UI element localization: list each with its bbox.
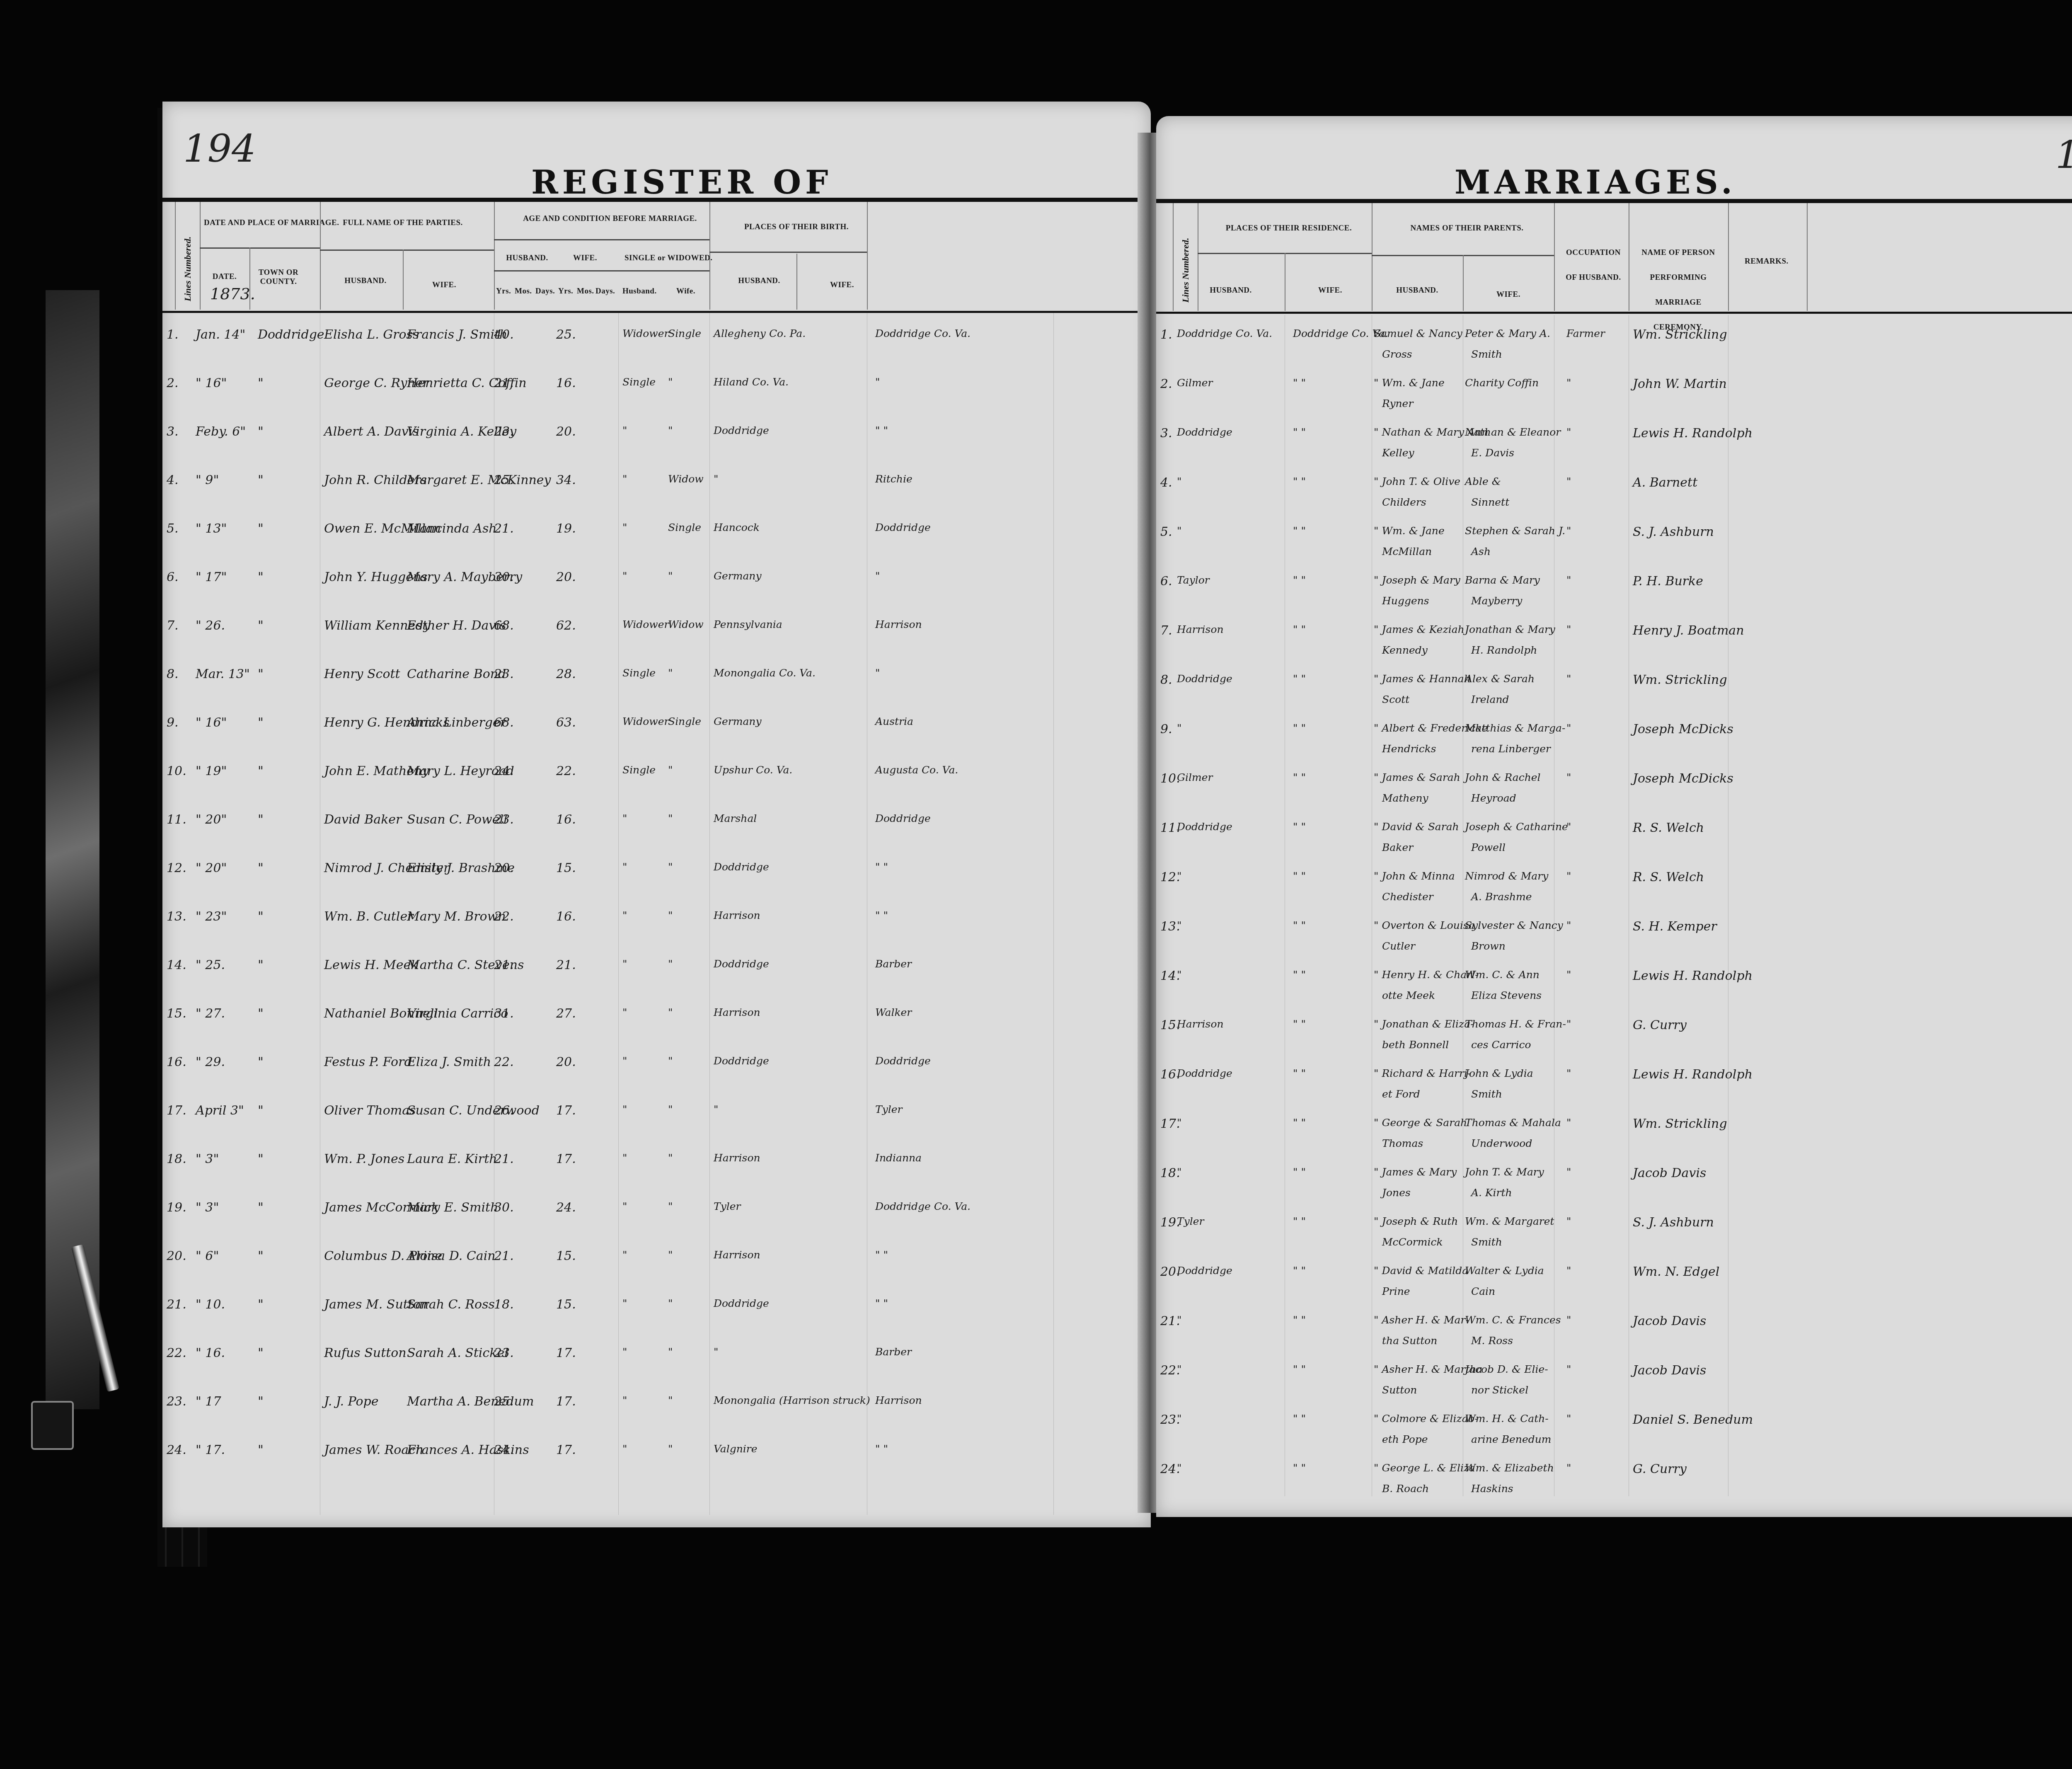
husband-parents-line2: Chedister (1382, 891, 1433, 903)
wife-age: 21. (556, 958, 576, 972)
header-town-county: TOWN OR COUNTY. (252, 268, 305, 286)
wife-age: 15. (556, 1249, 576, 1263)
husband-condition: " (622, 424, 627, 436)
page-title-right: MARRIAGES. (1455, 164, 1736, 201)
table-row: 5."" "" Wm. & JaneMcMillanStephen & Sara… (1156, 525, 2072, 570)
husband-name: Oliver Thomas (324, 1103, 416, 1118)
husband-parents-line1: " Joseph & Ruth (1374, 1215, 1458, 1227)
marriage-date: April 3" (196, 1103, 244, 1118)
table-row: 13."" "" Overton & LouisaCutlerSylvester… (1156, 919, 2072, 965)
husband-parents-line2: Sutton (1382, 1384, 1417, 1396)
husband-condition: Single (622, 764, 656, 776)
wife-birthplace: Barber (875, 958, 912, 970)
husband-residence: " (1177, 1413, 1182, 1425)
table-row: 23."" "" Colmore & Elizab-eth PopeWm. H.… (1156, 1413, 2072, 1458)
husband-parents-line1: " Overton & Louisa (1374, 919, 1475, 931)
husband-name: Rufus Sutton (324, 1346, 407, 1360)
header-res-wife: WIFE. (1314, 286, 1347, 295)
husband-age: 22. (494, 909, 514, 924)
marriage-place: " (258, 1152, 264, 1166)
husband-residence: Doddridge (1177, 1067, 1232, 1079)
husband-parents-line2: Kelley (1382, 447, 1414, 459)
header-sw-husband: Husband. (622, 287, 657, 296)
wife-condition: " (668, 424, 673, 436)
husband-birthplace: Germany (714, 570, 762, 582)
husband-age: 30. (494, 1200, 514, 1215)
marriage-place: " (258, 764, 264, 778)
row-number: 12. (167, 861, 186, 875)
table-row: 22."" "" Asher H. & MarthaSuttonJacob D.… (1156, 1363, 2072, 1409)
officiant-name: G. Curry (1633, 1462, 1687, 1476)
officiant-name: Lewis H. Randolph (1633, 969, 1752, 983)
row-number: 22. (167, 1346, 186, 1360)
wife-birthplace: " " (875, 1249, 888, 1261)
wife-residence: " " (1293, 969, 1306, 981)
marriage-place: " (258, 1443, 264, 1457)
header-bottom-rule-right (1156, 312, 2072, 314)
husband-residence: " (1177, 475, 1182, 487)
husband-residence: " (1177, 1117, 1182, 1129)
wife-parents-line2: Ash (1471, 545, 1491, 557)
wife-birthplace: Austria (875, 715, 913, 727)
husband-parents-line1: " Colmore & Elizab- (1374, 1413, 1478, 1425)
husband-condition: " (622, 1297, 627, 1309)
husband-occupation: " (1566, 771, 1571, 783)
husband-age: 21. (494, 521, 514, 536)
wife-birthplace: Barber (875, 1346, 912, 1358)
husband-residence: " (1177, 969, 1182, 981)
wife-age: 17. (556, 1152, 576, 1166)
row-number: 21. (167, 1297, 186, 1312)
wife-birthplace: Harrison (875, 618, 922, 630)
wife-name: Susan C. Powell (407, 812, 508, 827)
husband-age: 23. (494, 812, 514, 827)
table-row: 12." 20""Nimrod J. ChedisterEmily J. Bra… (162, 861, 1151, 886)
husband-occupation: " (1566, 919, 1571, 931)
header-w-yrs: Yrs. (558, 287, 573, 296)
wife-birthplace: " " (875, 1297, 888, 1309)
wife-condition: Single (668, 715, 701, 727)
marriage-date: " 10. (196, 1297, 225, 1312)
husband-age: 25. (494, 473, 514, 487)
table-row: 14." 25."Lewis H. MeekMartha C. Stevens2… (162, 958, 1151, 983)
header-date: DATE. (204, 272, 245, 281)
husband-occupation: " (1566, 1413, 1571, 1425)
wife-residence: " " (1293, 1462, 1306, 1474)
wife-parents-line1: John & Lydia (1465, 1067, 1533, 1079)
wife-parents-line2: Brown (1471, 940, 1506, 952)
wife-condition: " (668, 1006, 673, 1018)
husband-age: 30. (494, 570, 514, 584)
wife-parents-line1: John T. & Mary (1465, 1166, 1544, 1178)
wife-parents-line1: John & Rachel (1465, 771, 1541, 783)
wife-name: Laura E. Kirth (407, 1152, 497, 1166)
officiant-name: Jacob Davis (1633, 1363, 1706, 1378)
marriage-date: " 27. (196, 1006, 225, 1021)
husband-parents-line1: " Wm. & Jane (1374, 525, 1445, 537)
husband-residence: Doddridge (1177, 1265, 1232, 1277)
wife-name: Aloisa D. Cain (407, 1249, 496, 1263)
husband-name: Elisha L. Gross (324, 327, 419, 342)
marriage-date: " 16" (196, 715, 227, 730)
husband-condition: " (622, 1103, 627, 1115)
row-number: 7. (167, 618, 179, 633)
wife-age: 16. (556, 812, 576, 827)
table-row: 15.Harrison" "" Jonathan & Eliza-beth Bo… (1156, 1018, 2072, 1064)
wife-age: 20. (556, 570, 576, 584)
marriage-place: " (258, 1394, 264, 1409)
husband-age: 23. (494, 424, 514, 439)
header-h-yrs: Yrs. (496, 287, 511, 296)
wife-age: 63. (556, 715, 576, 730)
header-single-widowed: SINGLE or WIDOWED. (625, 254, 707, 263)
wife-residence: " " (1293, 574, 1306, 586)
husband-parents-line2: eth Pope (1382, 1433, 1428, 1445)
table-row: 3.Feby. 6""Albert A. DavisVirginia A. Ke… (162, 424, 1151, 449)
marriage-place: " (258, 1103, 264, 1118)
husband-occupation: " (1566, 426, 1571, 438)
wife-residence: " " (1293, 426, 1306, 438)
wife-parents-line1: Barna & Mary (1465, 574, 1540, 586)
husband-age: 31. (494, 1006, 514, 1021)
husband-condition: " (622, 1346, 627, 1358)
wife-birthplace: Walker (875, 1006, 912, 1018)
wife-residence: " " (1293, 870, 1306, 882)
husband-name: J. J. Pope (324, 1394, 379, 1409)
wife-parents-line2: Eliza Stevens (1471, 989, 1542, 1001)
husband-parents-line1: " John & Minna (1374, 870, 1455, 882)
row-number: 5. (167, 521, 179, 536)
wife-birthplace: " (875, 570, 880, 582)
husband-condition: " (622, 1443, 627, 1455)
header-par-wife: WIFE. (1492, 290, 1525, 299)
wife-age: 15. (556, 1297, 576, 1312)
wife-parents-line2: Powell (1471, 841, 1506, 853)
officiant-name: S. H. Kemper (1633, 919, 1717, 934)
husband-parents-line2: Ryner (1382, 397, 1413, 410)
marriage-place: " (258, 861, 264, 875)
husband-residence: Doddridge (1177, 821, 1232, 833)
marriage-date: " 16. (196, 1346, 225, 1360)
husband-age: 21. (494, 958, 514, 972)
table-row: 11.Doddridge" "" David & SarahBakerJosep… (1156, 821, 2072, 866)
row-number: 1. (1160, 327, 1172, 342)
table-row: 9."" "" Albert & FrederickeHendricksMatt… (1156, 722, 2072, 768)
husband-parents-line1: " Henry H. & Charl- (1374, 969, 1479, 981)
wife-parents-line2: Mayberry (1471, 595, 1522, 607)
wife-parents-line2: Smith (1471, 1236, 1502, 1248)
husband-birthplace: Harrison (714, 1006, 760, 1018)
marriage-date: " 9" (196, 473, 219, 487)
table-row: 3.Doddridge" "" Nathan & Mary AnnKelleyN… (1156, 426, 2072, 472)
wife-birthplace: " " (875, 424, 888, 436)
table-row: 7.Harrison" "" James & KeziahKennedyJona… (1156, 623, 2072, 669)
officiant-name: R. S. Welch (1633, 821, 1704, 835)
table-row: 9." 16""Henry G. HendricksAnna Linberger… (162, 715, 1151, 740)
husband-residence: " (1177, 1363, 1182, 1375)
wife-name: Sarah C. Ross (407, 1297, 495, 1312)
husband-parents-line2: et Ford (1382, 1088, 1420, 1100)
row-number: 20. (167, 1249, 186, 1263)
husband-occupation: " (1566, 1215, 1571, 1227)
table-row: 21."" "" Asher H. & Mar-tha SuttonWm. C.… (1156, 1314, 2072, 1359)
husband-residence: Harrison (1177, 623, 1224, 635)
husband-age: 26. (494, 1103, 514, 1118)
husband-residence: " (1177, 870, 1182, 882)
husband-residence: Harrison (1177, 1018, 1224, 1030)
husband-residence: " (1177, 1462, 1182, 1474)
officiant-name: Henry J. Boatman (1633, 623, 1744, 638)
husband-birthplace: Tyler (714, 1200, 741, 1212)
header-age-husband: HUSBAND. (502, 254, 552, 263)
husband-birthplace: Doddridge (714, 424, 769, 436)
wife-parents-line1: Thomas & Mahala (1465, 1117, 1561, 1129)
marriage-place: " (258, 667, 264, 681)
marriage-date: " 19" (196, 764, 227, 778)
husband-parents-line2: B. Roach (1382, 1483, 1429, 1495)
officiant-name: Wm. N. Edgel (1633, 1265, 1719, 1279)
officiant-name: A. Barnett (1633, 475, 1697, 490)
marriage-place: " (258, 812, 264, 827)
wife-birthplace: " " (875, 1443, 888, 1455)
wife-parents-line1: Thomas H. & Fran- (1465, 1018, 1566, 1030)
husband-name: Wm. P. Jones (324, 1152, 404, 1166)
marriage-place: " (258, 1249, 264, 1263)
header-table-left: Lines Numbered. DATE AND PLACE OF MARRIA… (162, 202, 1151, 310)
header-birth-wife: WIFE. (825, 281, 859, 290)
husband-birthplace: Valgnire (714, 1443, 758, 1455)
wife-condition: Widow (668, 618, 704, 630)
officiant-name: Lewis H. Randolph (1633, 426, 1752, 441)
wife-name: Mancinda Ash (407, 521, 497, 536)
husband-condition: Widower (622, 715, 669, 727)
husband-residence: " (1177, 722, 1182, 734)
row-number: 8. (1160, 673, 1172, 687)
table-row: 13." 23""Wm. B. CutlerMary M. Brown22.16… (162, 909, 1151, 934)
wife-name: Margaret E. McKinney (407, 473, 551, 487)
husband-parents-line1: " James & Sarah (1374, 771, 1460, 783)
husband-condition: " (622, 909, 627, 921)
wife-age: 15. (556, 861, 576, 875)
wife-birthplace: " " (875, 861, 888, 873)
husband-occupation: " (1566, 1117, 1571, 1129)
wife-residence: " " (1293, 1067, 1306, 1079)
table-row: 12."" "" John & MinnaChedisterNimrod & M… (1156, 870, 2072, 916)
husband-age: 25. (494, 1394, 514, 1409)
wife-condition: " (668, 1443, 673, 1455)
wife-residence: " " (1293, 377, 1306, 389)
header-lines-numbered: Lines Numbered. (182, 237, 193, 301)
husband-parents-line2: Cutler (1382, 940, 1415, 952)
officiant-name: Joseph McDicks (1633, 771, 1733, 786)
marriage-place: " (258, 424, 264, 439)
husband-occupation: " (1566, 722, 1571, 734)
husband-occupation: " (1566, 1265, 1571, 1277)
wife-birthplace: Doddridge Co. Va. (875, 1200, 971, 1212)
wife-condition: " (668, 1346, 673, 1358)
wife-parents-line2: Ireland (1471, 693, 1509, 705)
officiant-name: G. Curry (1633, 1018, 1687, 1032)
wife-residence: " " (1293, 525, 1306, 537)
husband-parents-line2: otte Meek (1382, 989, 1435, 1001)
table-row: 19.Tyler" "" Joseph & RuthMcCormickWm. &… (1156, 1215, 2072, 1261)
wife-parents-line2: Cain (1471, 1285, 1495, 1297)
table-row: 11." 20""David BakerSusan C. Powell23.16… (162, 812, 1151, 837)
wife-parents-line2: E. Davis (1471, 447, 1514, 459)
husband-condition: " (622, 473, 627, 485)
table-row: 22." 16."Rufus SuttonSarah A. Stickel23.… (162, 1346, 1151, 1371)
header-occupation: OCCUPATION OF HUSBAND. (1560, 240, 1627, 290)
table-row: 2.Gilmer" "" Wm. & JaneRynerCharity Coff… (1156, 377, 2072, 422)
wife-age: 27. (556, 1006, 576, 1021)
husband-residence: Doddridge Co. Va. (1177, 327, 1272, 339)
marriage-place: " (258, 521, 264, 536)
husband-occupation: " (1566, 821, 1571, 833)
wife-condition: " (668, 861, 673, 873)
table-row: 24." 17."James W. RoachFrances A. Haskin… (162, 1443, 1151, 1468)
marriage-date: " 25. (196, 958, 225, 972)
husband-parents-line1: " David & Matilda (1374, 1265, 1468, 1277)
wife-parents-line2: Heyroad (1471, 792, 1516, 804)
right-page: 195 MARRIAGES. Lines Numbered. PLACES OF… (1156, 116, 2072, 1517)
wife-condition: " (668, 570, 673, 582)
wife-residence: " " (1293, 673, 1306, 685)
marriage-place: Doddridge (258, 327, 324, 342)
marriage-date: Jan. 14" (196, 327, 245, 342)
table-row: 24."" "" George L. & ElizaB. RoachWm. & … (1156, 1462, 2072, 1507)
husband-occupation: " (1566, 475, 1571, 487)
husband-occupation: " (1566, 870, 1571, 882)
husband-birthplace: Pennsylvania (714, 618, 782, 630)
row-number: 3. (1160, 426, 1172, 441)
table-row: 8.Doddridge" "" James & HannahScottAlex … (1156, 673, 2072, 718)
husband-condition: " (622, 1152, 627, 1164)
husband-parents-line1: " George L. & Eliza (1374, 1462, 1475, 1474)
wife-age: 24. (556, 1200, 576, 1215)
wife-parents-line1: Walter & Lydia (1465, 1265, 1544, 1277)
table-row: 4."" "" John T. & OliveChildersAble &Sin… (1156, 475, 2072, 521)
wife-age: 28. (556, 667, 576, 681)
husband-age: 20. (494, 861, 514, 875)
header-officiant: NAME OF PERSON PERFORMING MARRIAGE CEREM… (1633, 240, 1724, 340)
husband-birthplace: Harrison (714, 1249, 760, 1261)
husband-parents-line2: McCormick (1382, 1236, 1443, 1248)
officiant-name: S. J. Ashburn (1633, 1215, 1714, 1230)
marriage-date: " 20" (196, 812, 227, 827)
header-residence: PLACES OF THEIR RESIDENCE. (1222, 224, 1355, 233)
wife-parents-line1: Sylvester & Nancy (1465, 919, 1563, 931)
wife-parents-line2: Underwood (1471, 1137, 1532, 1149)
husband-parents-line2: Thomas (1382, 1137, 1423, 1149)
marriage-place: " (258, 570, 264, 584)
officiant-name: R. S. Welch (1633, 870, 1704, 884)
wife-parents-line2: ces Carrico (1471, 1039, 1531, 1051)
table-row: 19." 3""James McCormickMary E. Smith30.2… (162, 1200, 1151, 1225)
husband-birthplace: Upshur Co. Va. (714, 764, 792, 776)
husband-birthplace: " (714, 1103, 719, 1115)
husband-residence: Gilmer (1177, 377, 1213, 389)
wife-birthplace: Harrison (875, 1394, 922, 1406)
table-row: 16.Doddridge" "" Richard & Harri-et Ford… (1156, 1067, 2072, 1113)
header-w-days: Days. (595, 287, 615, 296)
wife-age: 16. (556, 376, 576, 390)
wife-parents-line1: Able & (1465, 475, 1501, 487)
row-number: 4. (1160, 475, 1172, 490)
wife-parents-line1: Matthias & Marga- (1465, 722, 1565, 734)
marriage-date: " 6" (196, 1249, 219, 1263)
wife-residence: " " (1293, 722, 1306, 734)
row-number: 19. (167, 1200, 186, 1215)
husband-birthplace: Germany (714, 715, 762, 727)
husband-age: 22. (494, 1055, 514, 1069)
husband-name: Lewis H. Meek (324, 958, 419, 972)
table-row: 23." 17"J. J. PopeMartha A. Benedum25.17… (162, 1394, 1151, 1419)
wife-name: Catharine Bond (407, 667, 506, 681)
officiant-name: Wm. Strickling (1633, 327, 1727, 342)
husband-age: 21. (494, 1152, 514, 1166)
header-husband: HUSBAND. (341, 276, 390, 286)
husband-parents-line1: " Asher H. & Mar- (1374, 1314, 1469, 1326)
wife-parents-line2: A. Kirth (1471, 1187, 1512, 1199)
row-number: 5. (1160, 525, 1172, 539)
wife-parents-line2: arine Benedum (1471, 1433, 1552, 1445)
officiant-name: P. H. Burke (1633, 574, 1703, 589)
wife-parents-line1: Wm. & Margaret (1465, 1215, 1554, 1227)
husband-age: 68. (494, 715, 514, 730)
marriage-place: " (258, 1006, 264, 1021)
header-w-mos: Mos. (577, 287, 594, 296)
wife-birthplace: Ritchie (875, 473, 913, 485)
table-row: 20.Doddridge" "" David & MatildaPrineWal… (1156, 1265, 2072, 1310)
husband-birthplace: Doddridge (714, 861, 769, 873)
wife-parents-line2: nor Stickel (1471, 1384, 1528, 1396)
husband-parents-line2: Huggens (1382, 595, 1429, 607)
wife-birthplace: Indianna (875, 1152, 922, 1164)
wife-parents-line1: Peter & Mary A. (1465, 327, 1550, 339)
wife-condition: " (668, 376, 673, 388)
wife-age: 25. (556, 327, 576, 342)
row-number: 17. (167, 1103, 186, 1118)
table-row: 4." 9""John R. ChildersMargaret E. McKin… (162, 473, 1151, 498)
wife-condition: " (668, 1297, 673, 1309)
marriage-place: " (258, 715, 264, 730)
officiant-name: Jacob Davis (1633, 1166, 1706, 1180)
row-number: 15. (167, 1006, 186, 1021)
husband-age: 18. (494, 1297, 514, 1312)
wife-parents-line1: Stephen & Sarah J. (1465, 525, 1565, 537)
officiant-name: Lewis H. Randolph (1633, 1067, 1752, 1082)
husband-age: 21. (494, 376, 514, 390)
wife-condition: " (668, 958, 673, 970)
row-number: 23. (167, 1394, 186, 1409)
row-number: 7. (1160, 623, 1172, 638)
table-row: 20." 6""Columbus D. PrineAloisa D. Cain2… (162, 1249, 1151, 1274)
wife-parents-line2: A. Brashme (1471, 891, 1532, 903)
wife-residence: " " (1293, 1265, 1306, 1277)
marriage-place: " (258, 618, 264, 633)
husband-parents-line1: Samuel & Nancy (1374, 327, 1462, 339)
wife-name: Mary M. Brown (407, 909, 506, 924)
table-row: 10." 19""John E. MathenyMary L. Heyroad2… (162, 764, 1151, 789)
husband-occupation: " (1566, 574, 1571, 586)
husband-parents-line1: " Wm. & Jane (1374, 377, 1445, 389)
husband-name: Henry Scott (324, 667, 400, 681)
row-number: 9. (167, 715, 179, 730)
wife-residence: " " (1293, 1018, 1306, 1030)
wife-parents-line2: Smith (1471, 348, 1502, 360)
husband-condition: " (622, 861, 627, 873)
officiant-name: Wm. Strickling (1633, 1117, 1727, 1131)
